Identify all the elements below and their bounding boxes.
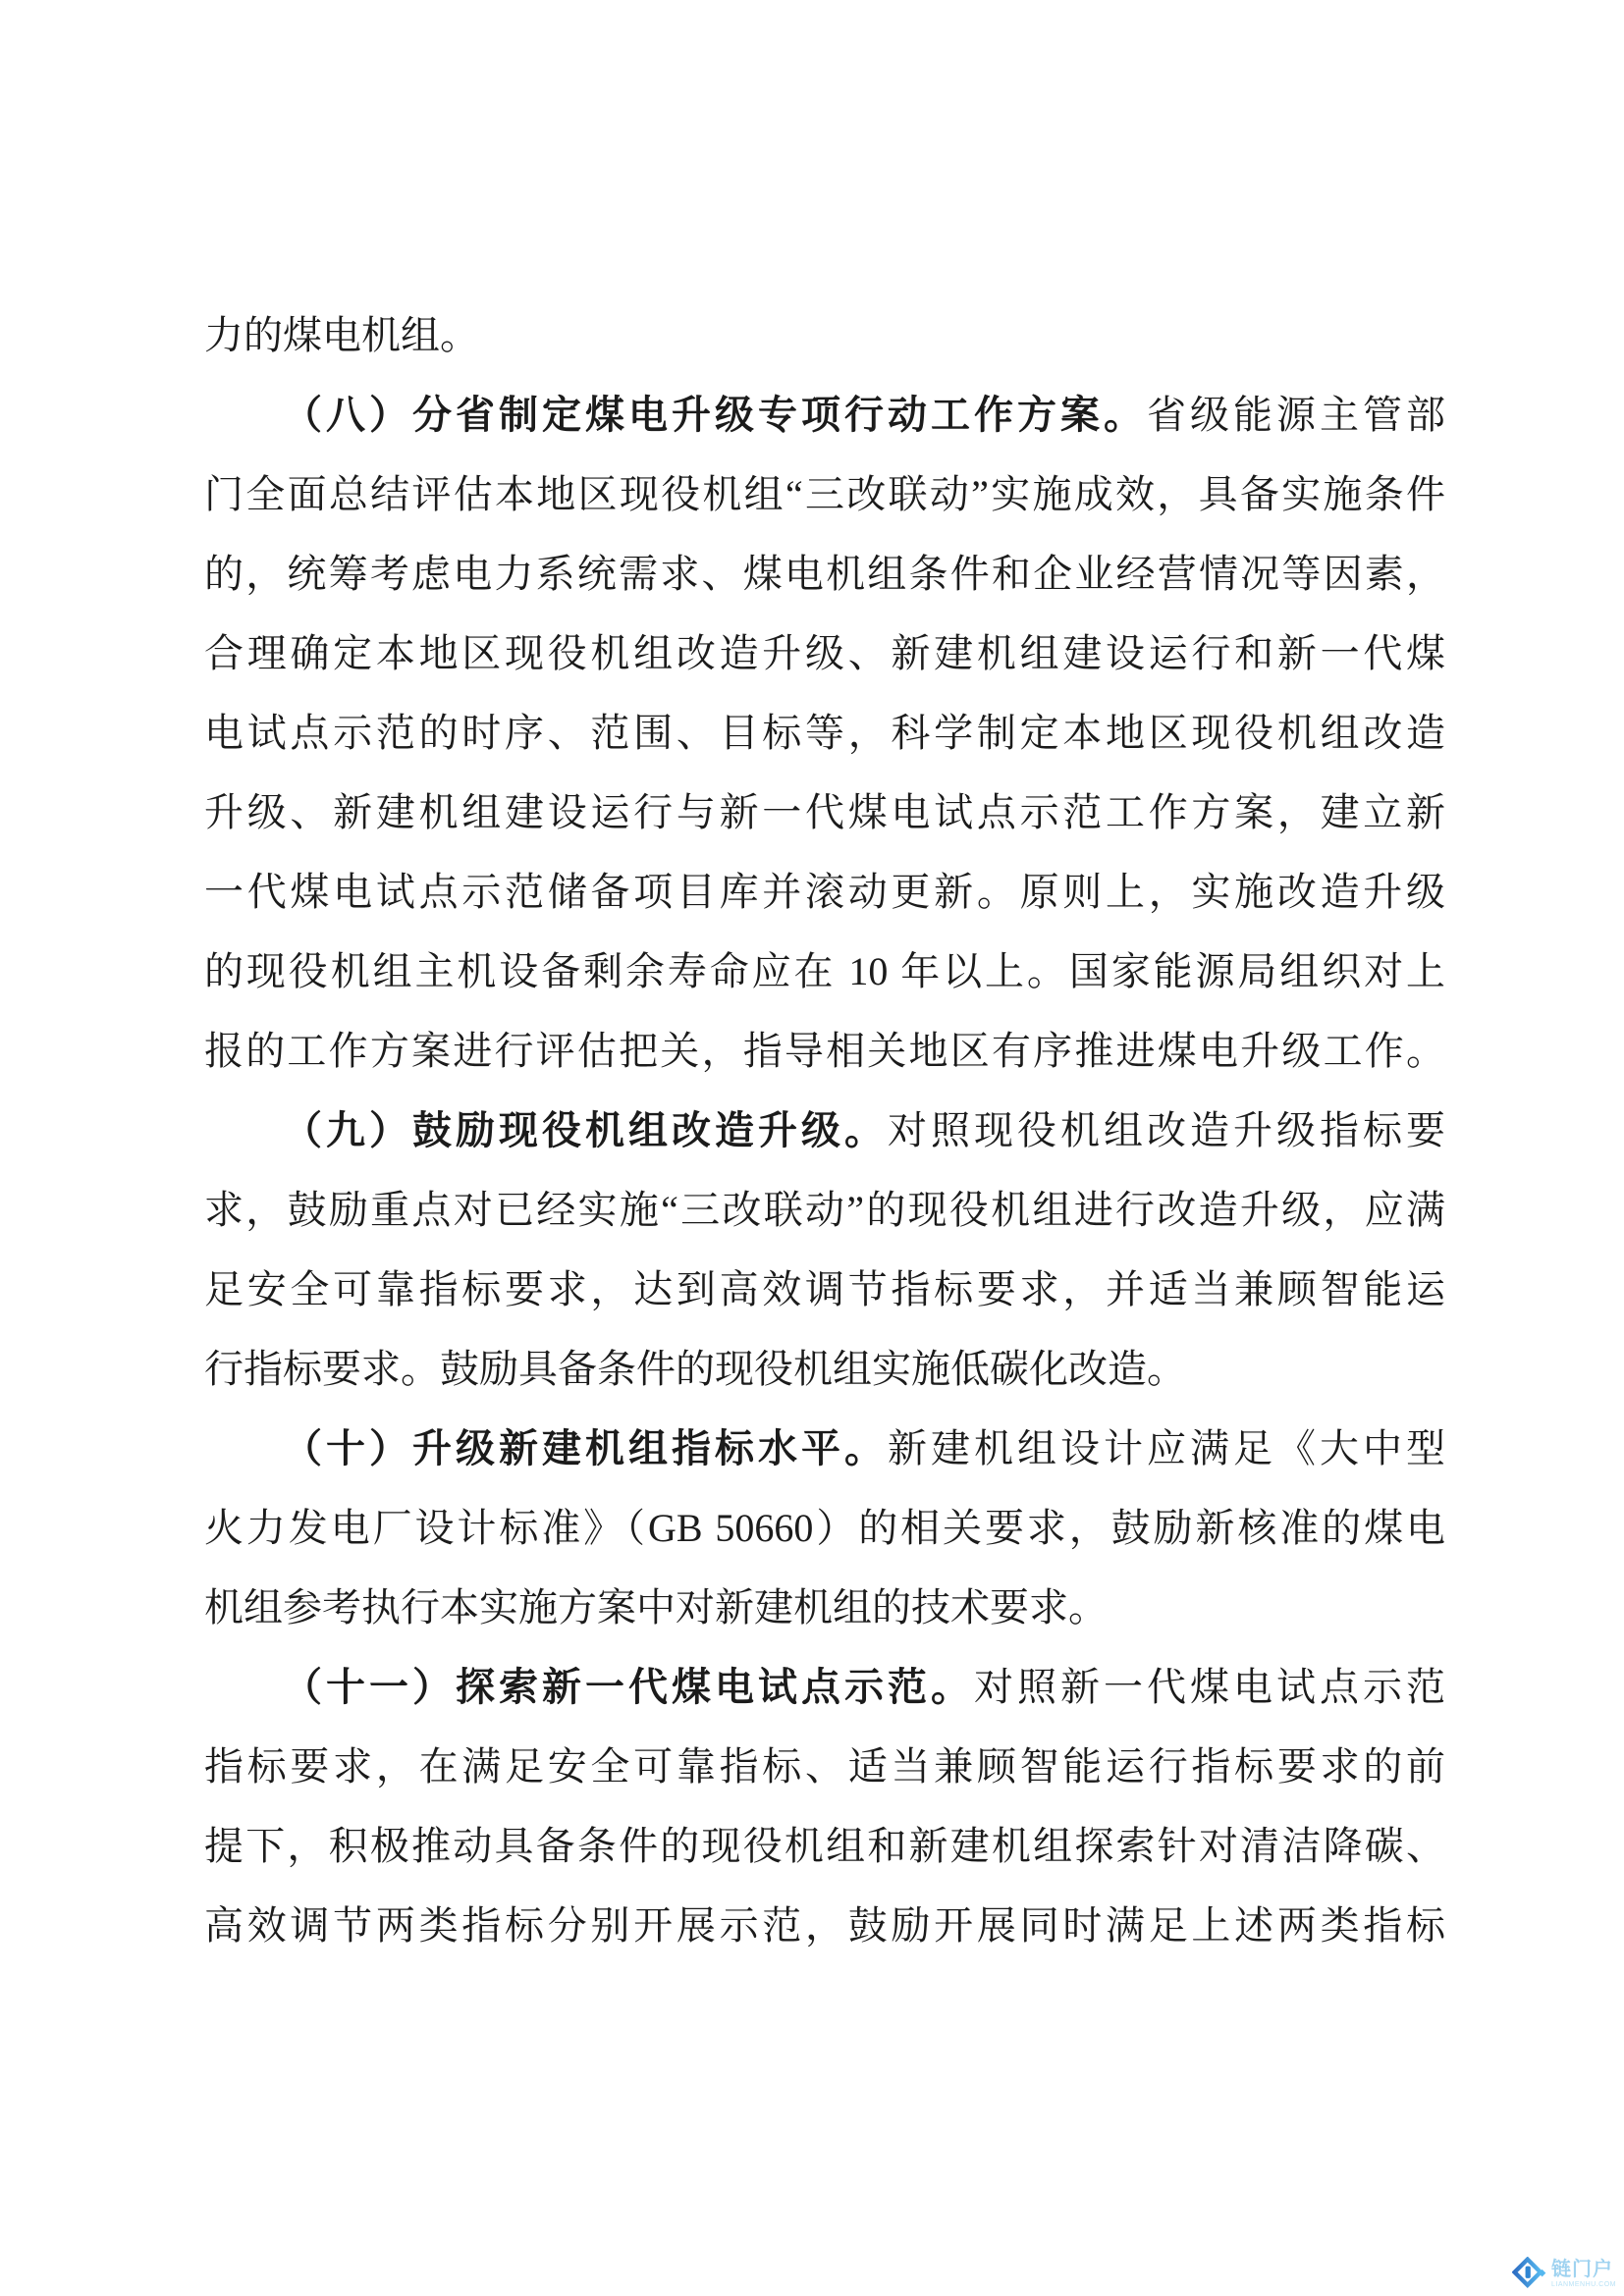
text-segment: 机组参考执行本实施方案中对新建机组的技术要求。 (204, 1585, 1108, 1629)
text-line: 报的工作方案进行评估把关，指导相关地区有序推进煤电升级工作。 (204, 1011, 1445, 1091)
text-segment: 火力发电厂设计标准》（GB 50660）的相关要求，鼓励新核准的煤电 (204, 1506, 1445, 1550)
text-line: 火力发电厂设计标准》（GB 50660）的相关要求，鼓励新核准的煤电 (204, 1488, 1445, 1568)
text-line: 门全面总结评估本地区现役机组“三改联动”实施成效，具备实施条件 (204, 454, 1445, 534)
text-line: （九）鼓励现役机组改造升级。对照现役机组改造升级指标要 (204, 1091, 1445, 1170)
text-segment: 报的工作方案进行评估把关，指导相关地区有序推进煤电升级工作。 (204, 1029, 1445, 1073)
text-segment: 对照新一代煤电试点示范 (974, 1665, 1445, 1709)
text-segment: 的，统筹考虑电力系统需求、煤电机组条件和企业经营情况等因素， (204, 552, 1445, 596)
document-page: 力的煤电机组。（八）分省制定煤电升级专项行动工作方案。省级能源主管部门全面总结评… (0, 0, 1624, 2296)
text-line: 合理确定本地区现役机组改造升级、新建机组建设运行和新一代煤 (204, 614, 1445, 693)
text-segment: 足安全可靠指标要求，达到高效调节指标要求，并适当兼顾智能运 (204, 1267, 1445, 1311)
text-segment: 升级、新建机组建设运行与新一代煤电试点示范工作方案，建立新 (204, 790, 1445, 834)
text-line: 提下，积极推动具备条件的现役机组和新建机组探索针对清洁降碳、 (204, 1806, 1445, 1886)
text-segment: 求，鼓励重点对已经实施“三改联动”的现役机组进行改造升级，应满 (204, 1188, 1445, 1232)
text-segment: 电试点示范的时序、范围、目标等，科学制定本地区现役机组改造 (204, 711, 1445, 755)
watermark: 链门户 LIANMENHU.COM (1512, 2257, 1616, 2291)
heading-segment: （十）升级新建机组指标水平。 (283, 1426, 888, 1470)
text-segment: 门全面总结评估本地区现役机组“三改联动”实施成效，具备实施条件 (204, 472, 1445, 516)
text-segment: 对照现役机组改造升级指标要 (888, 1108, 1445, 1152)
text-segment: 省级能源主管部 (1147, 393, 1445, 437)
text-line: （八）分省制定煤电升级专项行动工作方案。省级能源主管部 (204, 375, 1445, 454)
text-line: 指标要求，在满足安全可靠指标、适当兼顾智能运行指标要求的前 (204, 1727, 1445, 1806)
text-line: 行指标要求。鼓励具备条件的现役机组实施低碳化改造。 (204, 1329, 1445, 1409)
text-line: 求，鼓励重点对已经实施“三改联动”的现役机组进行改造升级，应满 (204, 1170, 1445, 1250)
text-line: 力的煤电机组。 (204, 295, 1445, 375)
text-segment: 行指标要求。鼓励具备条件的现役机组实施低碳化改造。 (204, 1347, 1186, 1391)
text-line: 足安全可靠指标要求，达到高效调节指标要求，并适当兼顾智能运 (204, 1250, 1445, 1329)
watermark-site-text: LIANMENHU.COM (1551, 2280, 1616, 2289)
text-line: 升级、新建机组建设运行与新一代煤电试点示范工作方案，建立新 (204, 773, 1445, 852)
text-segment: 新建机组设计应满足《大中型 (888, 1426, 1445, 1470)
watermark-text-block: 链门户 LIANMENHU.COM (1551, 2259, 1616, 2289)
text-line: （十）升级新建机组指标水平。新建机组设计应满足《大中型 (204, 1409, 1445, 1488)
text-segment: 力的煤电机组。 (204, 313, 479, 357)
text-line: 的现役机组主机设备剩余寿命应在 10 年以上。国家能源局组织对上 (204, 932, 1445, 1011)
heading-segment: （九）鼓励现役机组改造升级。 (283, 1108, 888, 1152)
text-segment: 指标要求，在满足安全可靠指标、适当兼顾智能运行指标要求的前 (204, 1744, 1445, 1789)
text-line: 高效调节两类指标分别开展示范，鼓励开展同时满足上述两类指标 (204, 1886, 1445, 1965)
text-segment: 一代煤电试点示范储备项目库并滚动更新。原则上，实施改造升级 (204, 870, 1445, 914)
text-line: 一代煤电试点示范储备项目库并滚动更新。原则上，实施改造升级 (204, 852, 1445, 932)
text-line: 电试点示范的时序、范围、目标等，科学制定本地区现役机组改造 (204, 693, 1445, 773)
text-line: （十一）探索新一代煤电试点示范。对照新一代煤电试点示范 (204, 1647, 1445, 1727)
text-line: 的，统筹考虑电力系统需求、煤电机组条件和企业经营情况等因素， (204, 534, 1445, 614)
diamond-logo-icon (1512, 2257, 1546, 2291)
text-line: 机组参考执行本实施方案中对新建机组的技术要求。 (204, 1568, 1445, 1647)
text-segment: 合理确定本地区现役机组改造升级、新建机组建设运行和新一代煤 (204, 631, 1445, 675)
text-segment: 高效调节两类指标分别开展示范，鼓励开展同时满足上述两类指标 (204, 1903, 1445, 1948)
text-segment: 提下，积极推动具备条件的现役机组和新建机组探索针对清洁降碳、 (204, 1824, 1445, 1868)
text-segment: 的现役机组主机设备剩余寿命应在 10 年以上。国家能源局组织对上 (204, 949, 1445, 993)
heading-segment: （十一）探索新一代煤电试点示范。 (283, 1665, 974, 1709)
watermark-brand-text: 链门户 (1551, 2259, 1613, 2280)
document-body: 力的煤电机组。（八）分省制定煤电升级专项行动工作方案。省级能源主管部门全面总结评… (204, 295, 1445, 1965)
heading-segment: （八）分省制定煤电升级专项行动工作方案。 (283, 393, 1147, 437)
